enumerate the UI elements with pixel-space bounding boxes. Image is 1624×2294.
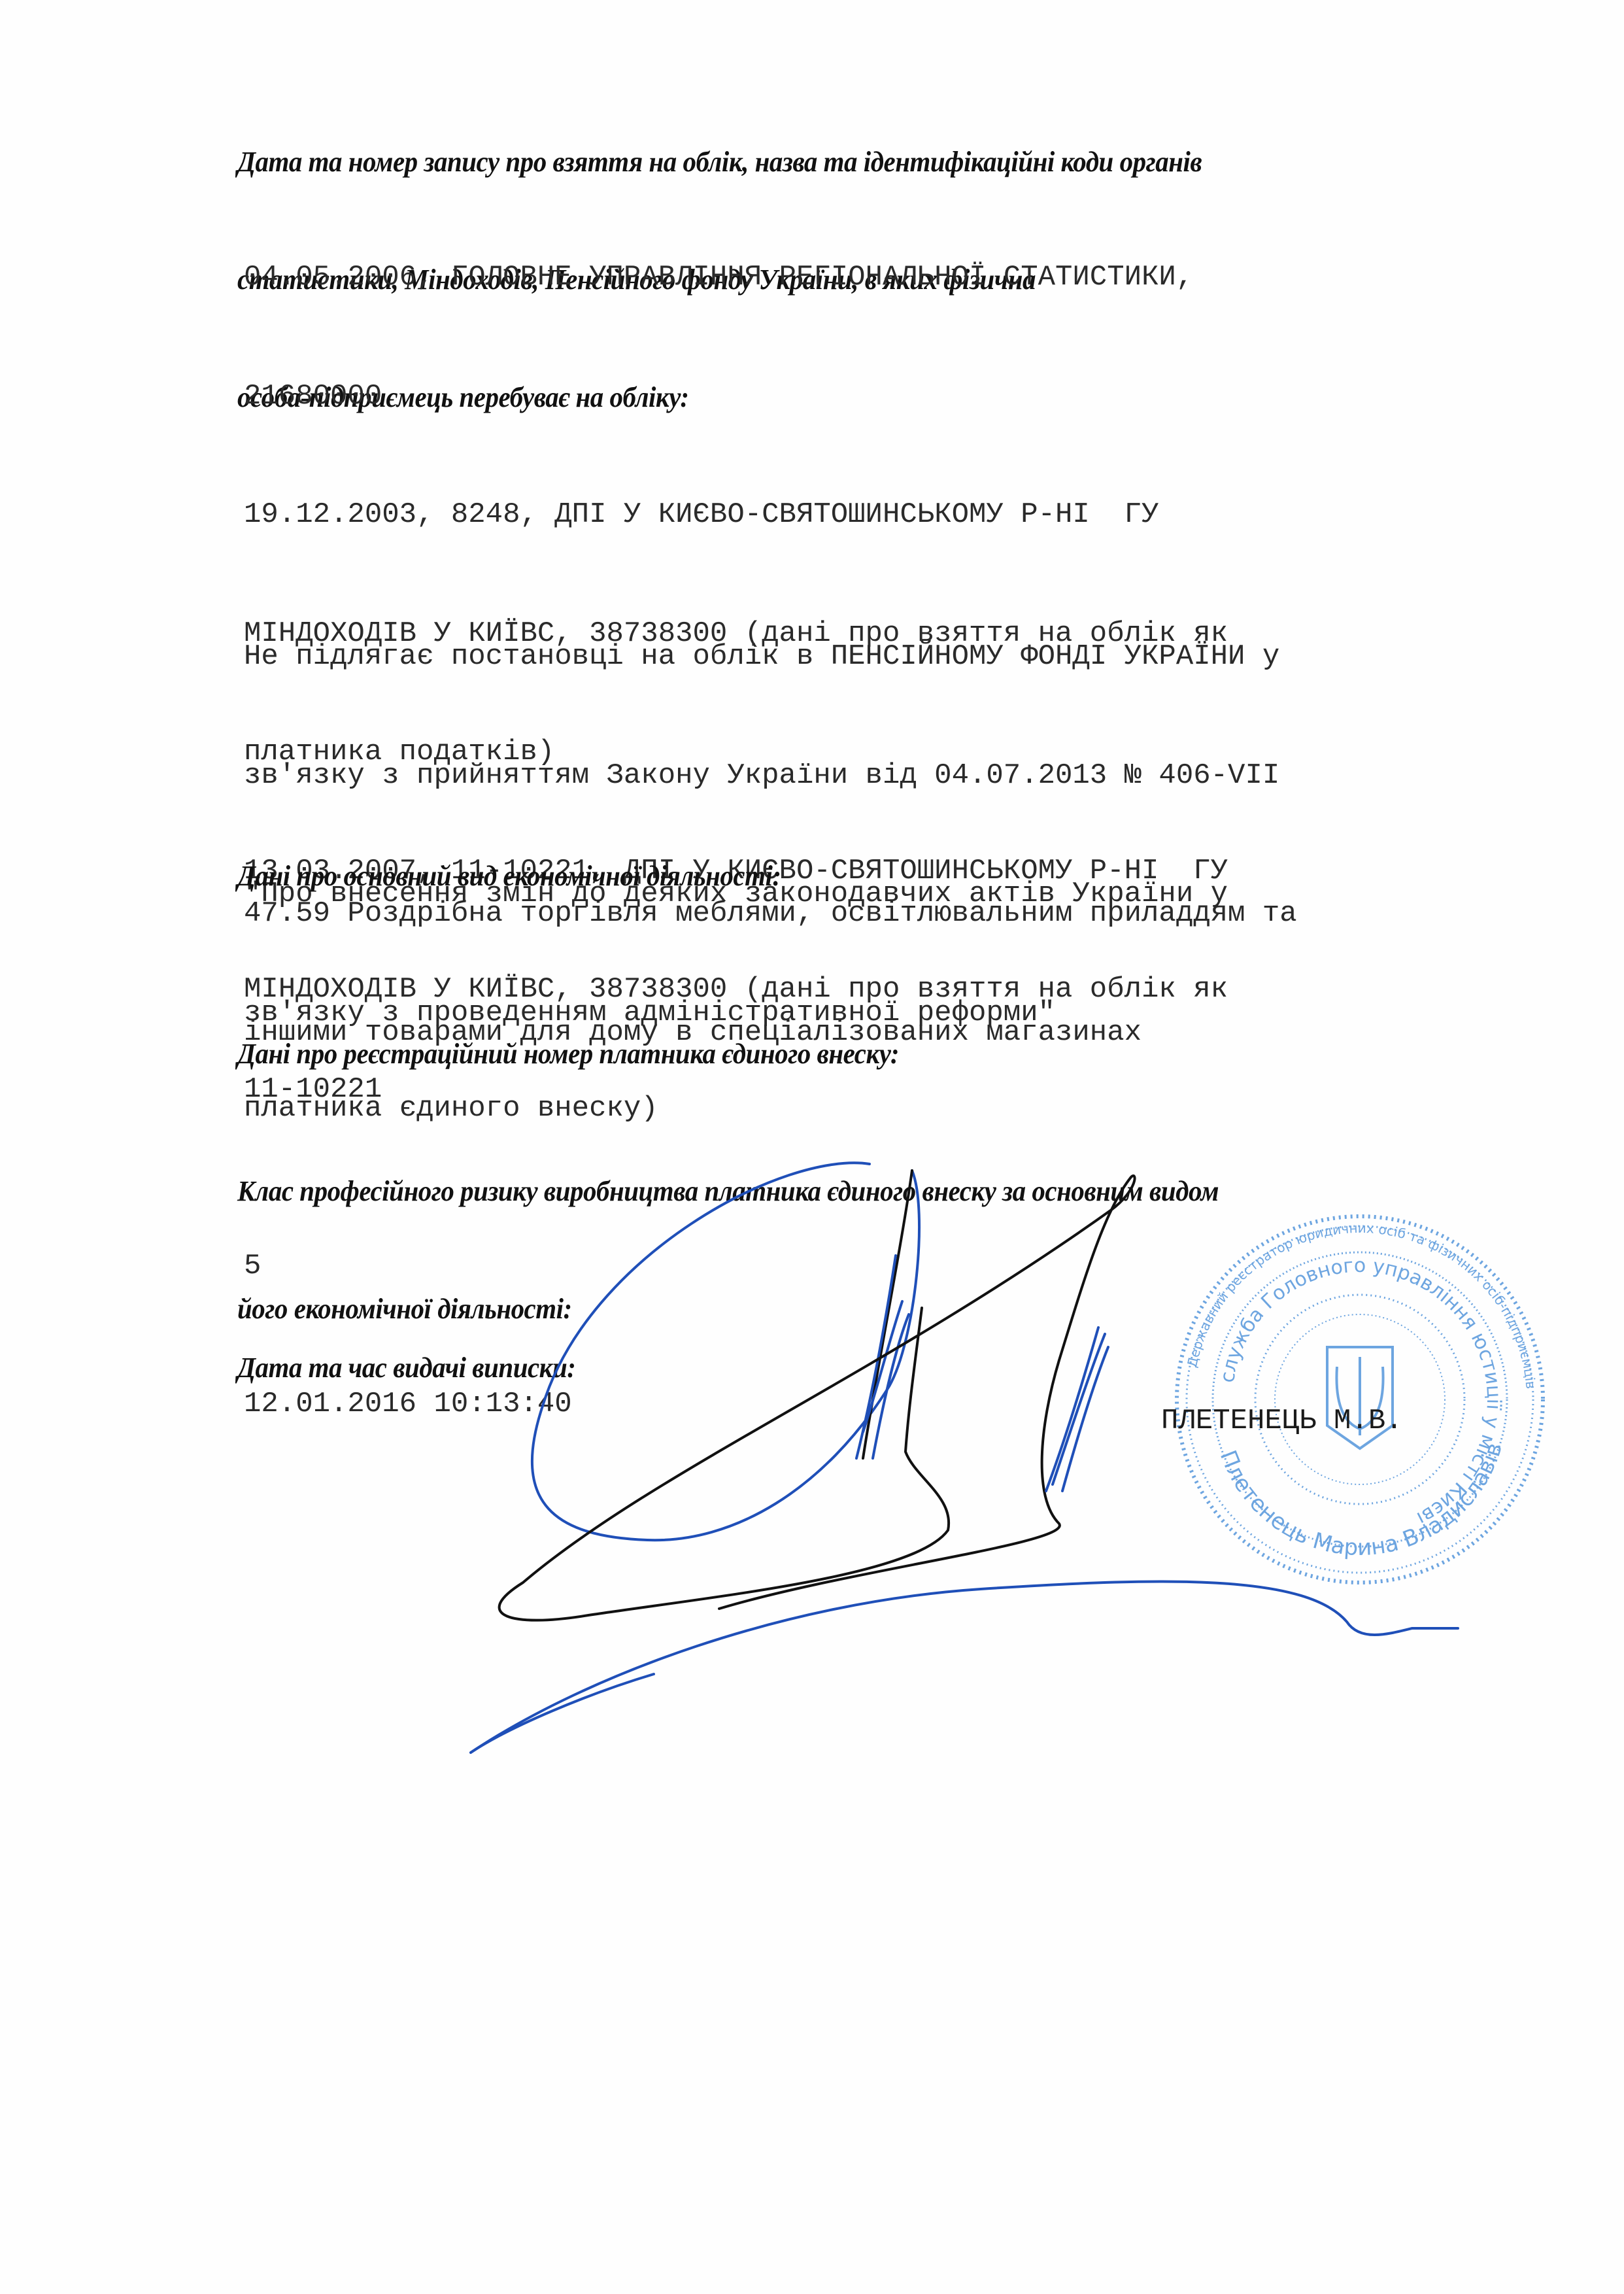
issue-datetime-value: 12.01.2016 10:13:40 — [244, 1305, 572, 1503]
svg-text:служба Головного управління юс: служба Головного управління юстиції у мі… — [1216, 1254, 1505, 1530]
signer-name: ПЛЕТЕНЕЦЬ М.В. — [1161, 1405, 1403, 1437]
value-line: 19.12.2003, 8248, ДПІ У КИЄВО-СВЯТОШИНСЬ… — [244, 495, 1228, 535]
heading-line: Клас професійного ризику виробництва пла… — [237, 1172, 1219, 1211]
value-line: 12.01.2016 10:13:40 — [244, 1384, 572, 1424]
document-page: Дата та номер запису про взяття на облік… — [0, 0, 1624, 2294]
value-line: 21680000 — [244, 377, 1228, 417]
svg-text:Державний реєстратор юридичних: Державний реєстратор юридичних осіб та ф… — [1184, 1220, 1539, 1390]
value-line: 47.59 Роздрібна торгівля меблями, освітл… — [244, 894, 1297, 934]
value-line: Не підлягає постановці на облік в ПЕНСІЙ… — [244, 637, 1279, 677]
value-line: 04.05.2006, ГОЛОВНЕ УПРАВЛІННЯ РЕГІОНАЛЬ… — [244, 258, 1228, 298]
heading-line: Дата та номер запису про взяття на облік… — [237, 143, 1202, 182]
